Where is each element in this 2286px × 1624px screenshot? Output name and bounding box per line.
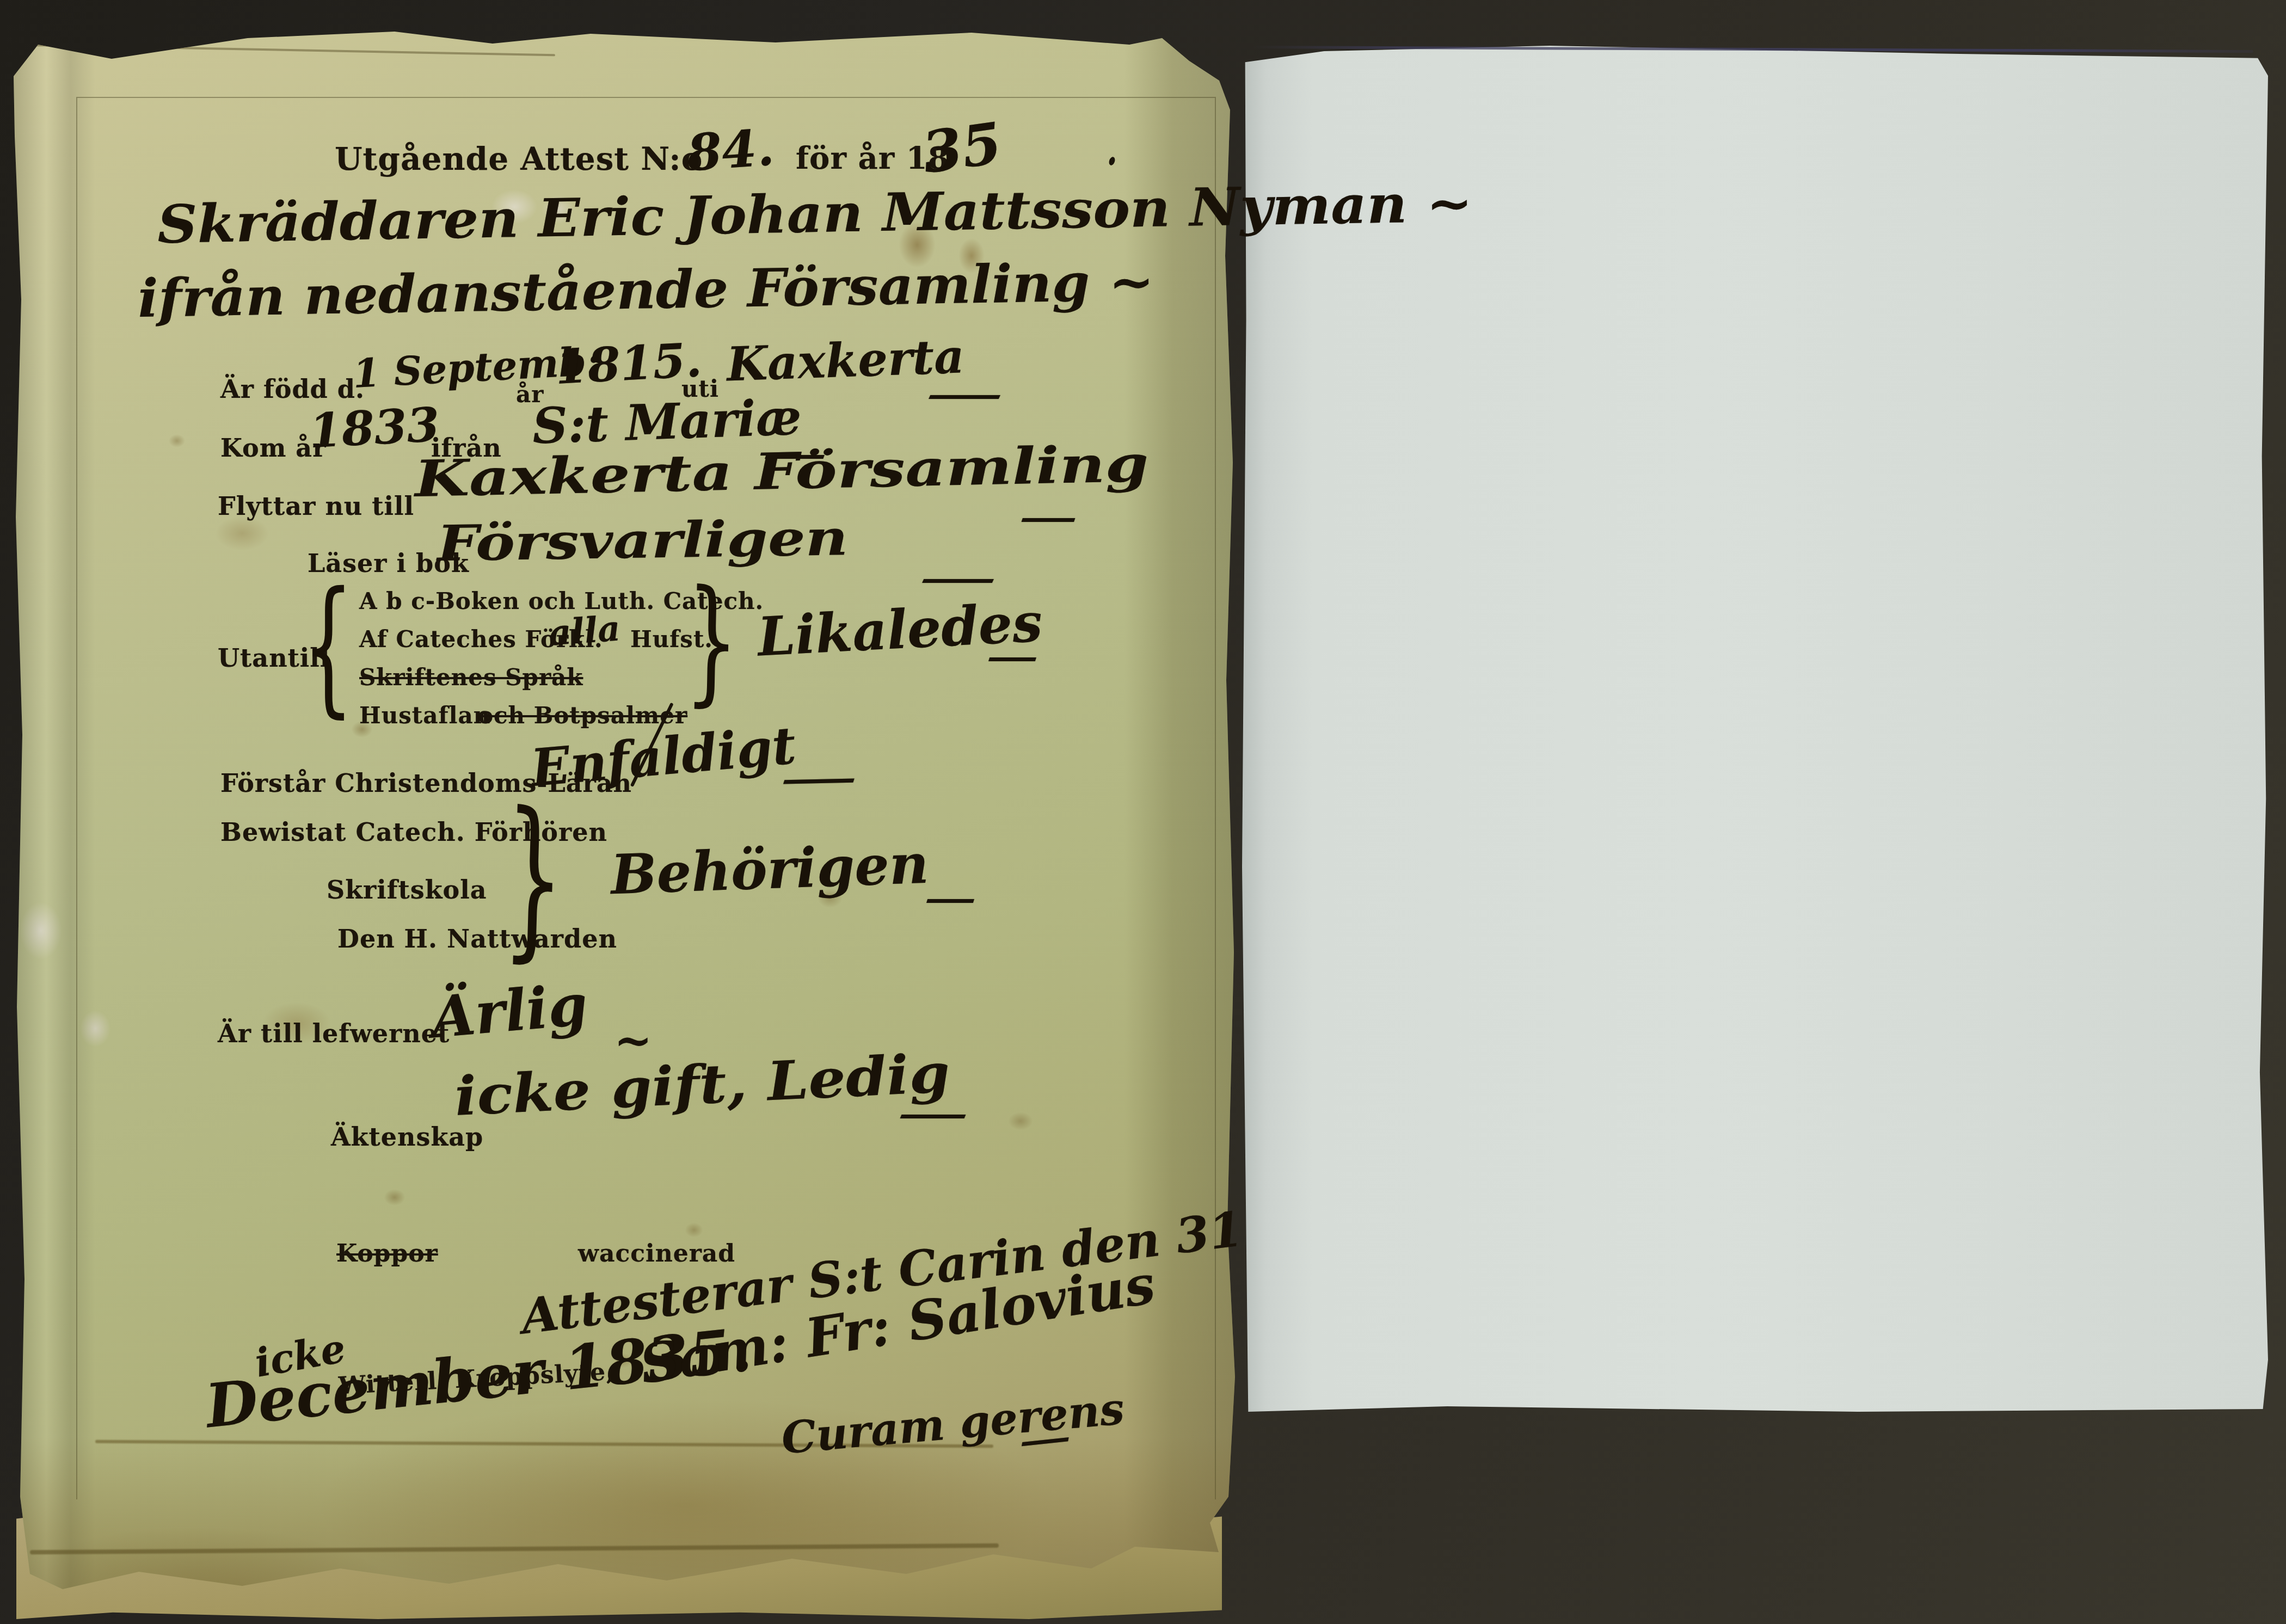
utantill-item-hustaflan: Hustaflan bbox=[359, 702, 490, 729]
catechism-dash: — bbox=[924, 879, 957, 918]
marriage-dash: — bbox=[897, 1095, 930, 1133]
reads-dash: — bbox=[919, 559, 951, 598]
signature-dash: — bbox=[1017, 1420, 1054, 1461]
smallpox-label-struck: Koppor bbox=[336, 1240, 438, 1268]
born-dash: — bbox=[925, 376, 958, 414]
moves-dash: — bbox=[1019, 499, 1052, 537]
born-label: Är född d. bbox=[220, 374, 365, 404]
vaccinated-label: waccinerad bbox=[578, 1240, 735, 1268]
holy-communion-label: Den H. Nattwarden bbox=[337, 924, 617, 954]
conduct-grade-hand: Ärlig bbox=[428, 971, 590, 1051]
reads-grade-hand: Försvarligen bbox=[437, 509, 849, 573]
utantill-item-botpsalmer-struck: och Botpsalmer bbox=[478, 702, 687, 729]
born-year-hand: 1815. bbox=[554, 333, 703, 395]
title-year-handwritten: 35 bbox=[918, 109, 1005, 187]
utantill-left-brace: { bbox=[303, 567, 354, 725]
utantill-item-skriftenes-struck: Skriftenes Språk bbox=[359, 664, 583, 691]
moves-to-label: Flyttar nu till bbox=[218, 491, 414, 521]
utantill-alla-hand: alla bbox=[548, 608, 622, 654]
utantill-right-brace: } bbox=[684, 567, 740, 714]
utantill-dash: — bbox=[986, 638, 1019, 676]
conduct-label: Är till lefwernet bbox=[218, 1019, 450, 1048]
blank-white-sheet bbox=[1242, 46, 2268, 1414]
understands-dash: — bbox=[779, 761, 812, 799]
catechism-grade-hand: Behörigen bbox=[610, 832, 930, 907]
confession-school-label: Skriftskola bbox=[327, 875, 487, 905]
title-printed-prefix: Utgående Attest N:o bbox=[335, 140, 703, 177]
water-stain-line-lower bbox=[30, 1543, 999, 1554]
document-photo: Utgående Attest N:o 84. för år 18 35 Skr… bbox=[0, 0, 2286, 1624]
second-sheet-top-edge bbox=[22, 44, 555, 57]
catechism-group-brace: } bbox=[501, 783, 567, 973]
title-attest-number: 84. bbox=[685, 118, 776, 183]
